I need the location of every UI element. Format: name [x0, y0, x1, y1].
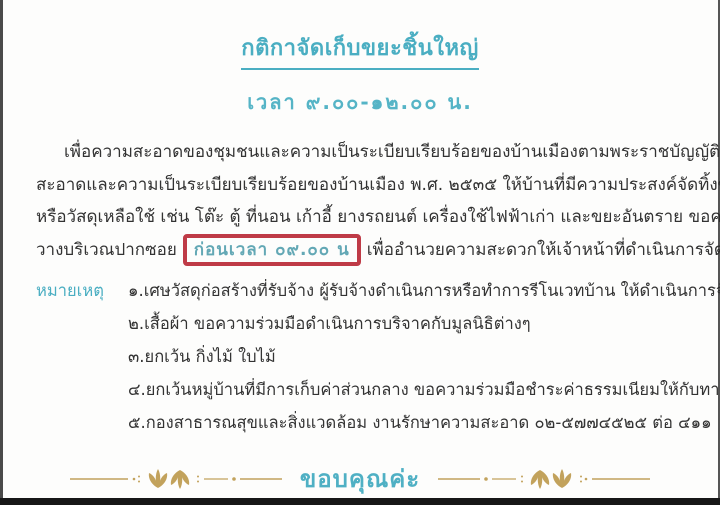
photo-edge-left — [0, 0, 3, 505]
note-item: ๑.เศษวัสดุก่อสร้างที่รับจ้าง ผู้รับจ้างด… — [128, 274, 720, 307]
highlighted-deadline-box: ก่อนเวลา ๐๙.๐๐ น — [183, 234, 361, 266]
note-item: ๒.เสื้อผ้า ขอความร่วมมือดำเนินการบริจาคก… — [128, 307, 720, 340]
line4-suffix: เพื่ออำนวยความสะดวกให้เจ้าหน้าที่ดำเนินก… — [367, 240, 720, 260]
page-title-text: กติกาจัดเก็บขยะชิ้นใหญ่ — [241, 30, 478, 70]
page-title: กติกาจัดเก็บขยะชิ้นใหญ่ — [0, 30, 720, 70]
footer: ขอบคุณค่ะ — [0, 459, 720, 498]
notes-section: หมายเหตุ ๑.เศษวัสดุก่อสร้างที่รับจ้าง ผู… — [36, 274, 686, 439]
thank-you-text: ขอบคุณค่ะ — [294, 459, 426, 498]
collection-time: เวลา ๙.๐๐-๑๒.๐๐ น. — [0, 86, 720, 118]
note-item: ๔.ยกเว้นหมู่บ้านที่มีการเก็บค่าส่วนกลาง … — [128, 373, 720, 406]
body-paragraph: เพื่อความสะอาดของชุมชนและความเป็นระเบียบ… — [36, 136, 686, 266]
note-item: ๓.ยกเว้น กิ่งไม้ ใบไม้ — [128, 340, 720, 373]
body-line: หรือวัสดุเหลือใช้ เช่น โต๊ะ ตู้ ที่นอน เ… — [36, 201, 686, 234]
photo-edge-bottom — [0, 498, 720, 505]
body-line-with-highlight: วางบริเวณปากซอยก่อนเวลา ๐๙.๐๐ นเพื่ออำนว… — [36, 234, 686, 267]
body-line: เพื่อความสะอาดของชุมชนและความเป็นระเบียบ… — [36, 136, 686, 169]
ornament-divider-right-icon — [438, 466, 650, 492]
body-line: สะอาดและความเป็นระเบียบเรียบร้อยของบ้านเ… — [36, 169, 686, 202]
notes-list: ๑.เศษวัสดุก่อสร้างที่รับจ้าง ผู้รับจ้างด… — [128, 274, 720, 439]
note-item: ๕.กองสาธารณสุขและสิ่งแวดล้อม งานรักษาควา… — [128, 406, 720, 439]
ornament-divider-left-icon — [70, 466, 282, 492]
notice-document: กติกาจัดเก็บขยะชิ้นใหญ่ เวลา ๙.๐๐-๑๒.๐๐ … — [0, 0, 720, 505]
line4-prefix: วางบริเวณปากซอย — [36, 240, 177, 260]
notes-label: หมายเหตุ — [36, 274, 128, 439]
